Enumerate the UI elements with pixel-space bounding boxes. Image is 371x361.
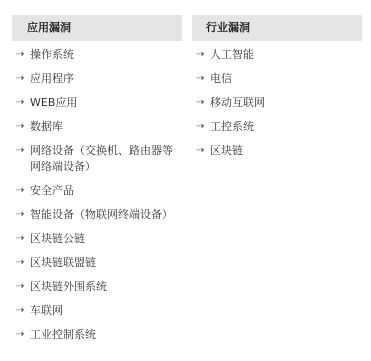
dotted-arrow-icon: ⇢ xyxy=(16,231,30,247)
dotted-arrow-icon: ⇢ xyxy=(16,95,30,111)
dotted-arrow-icon: ⇢ xyxy=(196,71,210,87)
list-item-ics[interactable]: ⇢工业控制系统 xyxy=(16,327,182,343)
industry-vulnerabilities-column: 行业漏洞 ⇢人工智能 ⇢电信 ⇢移动互联网 ⇢工控系统 ⇢区块链 xyxy=(192,15,362,167)
dotted-arrow-icon: ⇢ xyxy=(16,279,30,295)
industry-vulnerabilities-header: 行业漏洞 xyxy=(192,15,362,41)
list-item-database[interactable]: ⇢数据库 xyxy=(16,119,182,135)
dotted-arrow-icon: ⇢ xyxy=(16,71,30,87)
list-item-ai[interactable]: ⇢人工智能 xyxy=(196,47,362,63)
list-item-industrial-control[interactable]: ⇢工控系统 xyxy=(196,119,362,135)
dotted-arrow-icon: ⇢ xyxy=(16,327,30,343)
list-item-os[interactable]: ⇢操作系统 xyxy=(16,47,182,63)
list-item-smart-devices[interactable]: ⇢智能设备（物联网终端设备） xyxy=(16,207,182,223)
app-vulnerabilities-column: 应用漏洞 ⇢操作系统 ⇢应用程序 ⇢WEB应用 ⇢数据库 ⇢网络设备（交换机、路… xyxy=(12,15,182,351)
dotted-arrow-icon: ⇢ xyxy=(196,47,210,63)
list-item-web[interactable]: ⇢WEB应用 xyxy=(16,95,182,111)
dotted-arrow-icon: ⇢ xyxy=(196,119,210,135)
app-vulnerabilities-header: 应用漏洞 xyxy=(12,15,182,41)
dotted-arrow-icon: ⇢ xyxy=(16,143,30,159)
list-item-blockchain-peripheral[interactable]: ⇢区块链外围系统 xyxy=(16,279,182,295)
dotted-arrow-icon: ⇢ xyxy=(16,183,30,199)
list-item-blockchain[interactable]: ⇢区块链 xyxy=(196,143,362,159)
list-item-network-devices[interactable]: ⇢网络设备（交换机、路由器等网络端设备） xyxy=(16,143,182,175)
dotted-arrow-icon: ⇢ xyxy=(16,303,30,319)
dotted-arrow-icon: ⇢ xyxy=(196,95,210,111)
dotted-arrow-icon: ⇢ xyxy=(16,47,30,63)
list-item-iov[interactable]: ⇢车联网 xyxy=(16,303,182,319)
dotted-arrow-icon: ⇢ xyxy=(16,119,30,135)
list-item-blockchain-consortium[interactable]: ⇢区块链联盟链 xyxy=(16,255,182,271)
list-item-mobile-internet[interactable]: ⇢移动互联网 xyxy=(196,95,362,111)
industry-vulnerabilities-list: ⇢人工智能 ⇢电信 ⇢移动互联网 ⇢工控系统 ⇢区块链 xyxy=(192,41,362,159)
list-item-telecom[interactable]: ⇢电信 xyxy=(196,71,362,87)
list-item-blockchain-public[interactable]: ⇢区块链公链 xyxy=(16,231,182,247)
dotted-arrow-icon: ⇢ xyxy=(16,207,30,223)
dotted-arrow-icon: ⇢ xyxy=(196,143,210,159)
dotted-arrow-icon: ⇢ xyxy=(16,255,30,271)
list-item-security-products[interactable]: ⇢安全产品 xyxy=(16,183,182,199)
list-item-applications[interactable]: ⇢应用程序 xyxy=(16,71,182,87)
app-vulnerabilities-list: ⇢操作系统 ⇢应用程序 ⇢WEB应用 ⇢数据库 ⇢网络设备（交换机、路由器等网络… xyxy=(12,41,182,343)
